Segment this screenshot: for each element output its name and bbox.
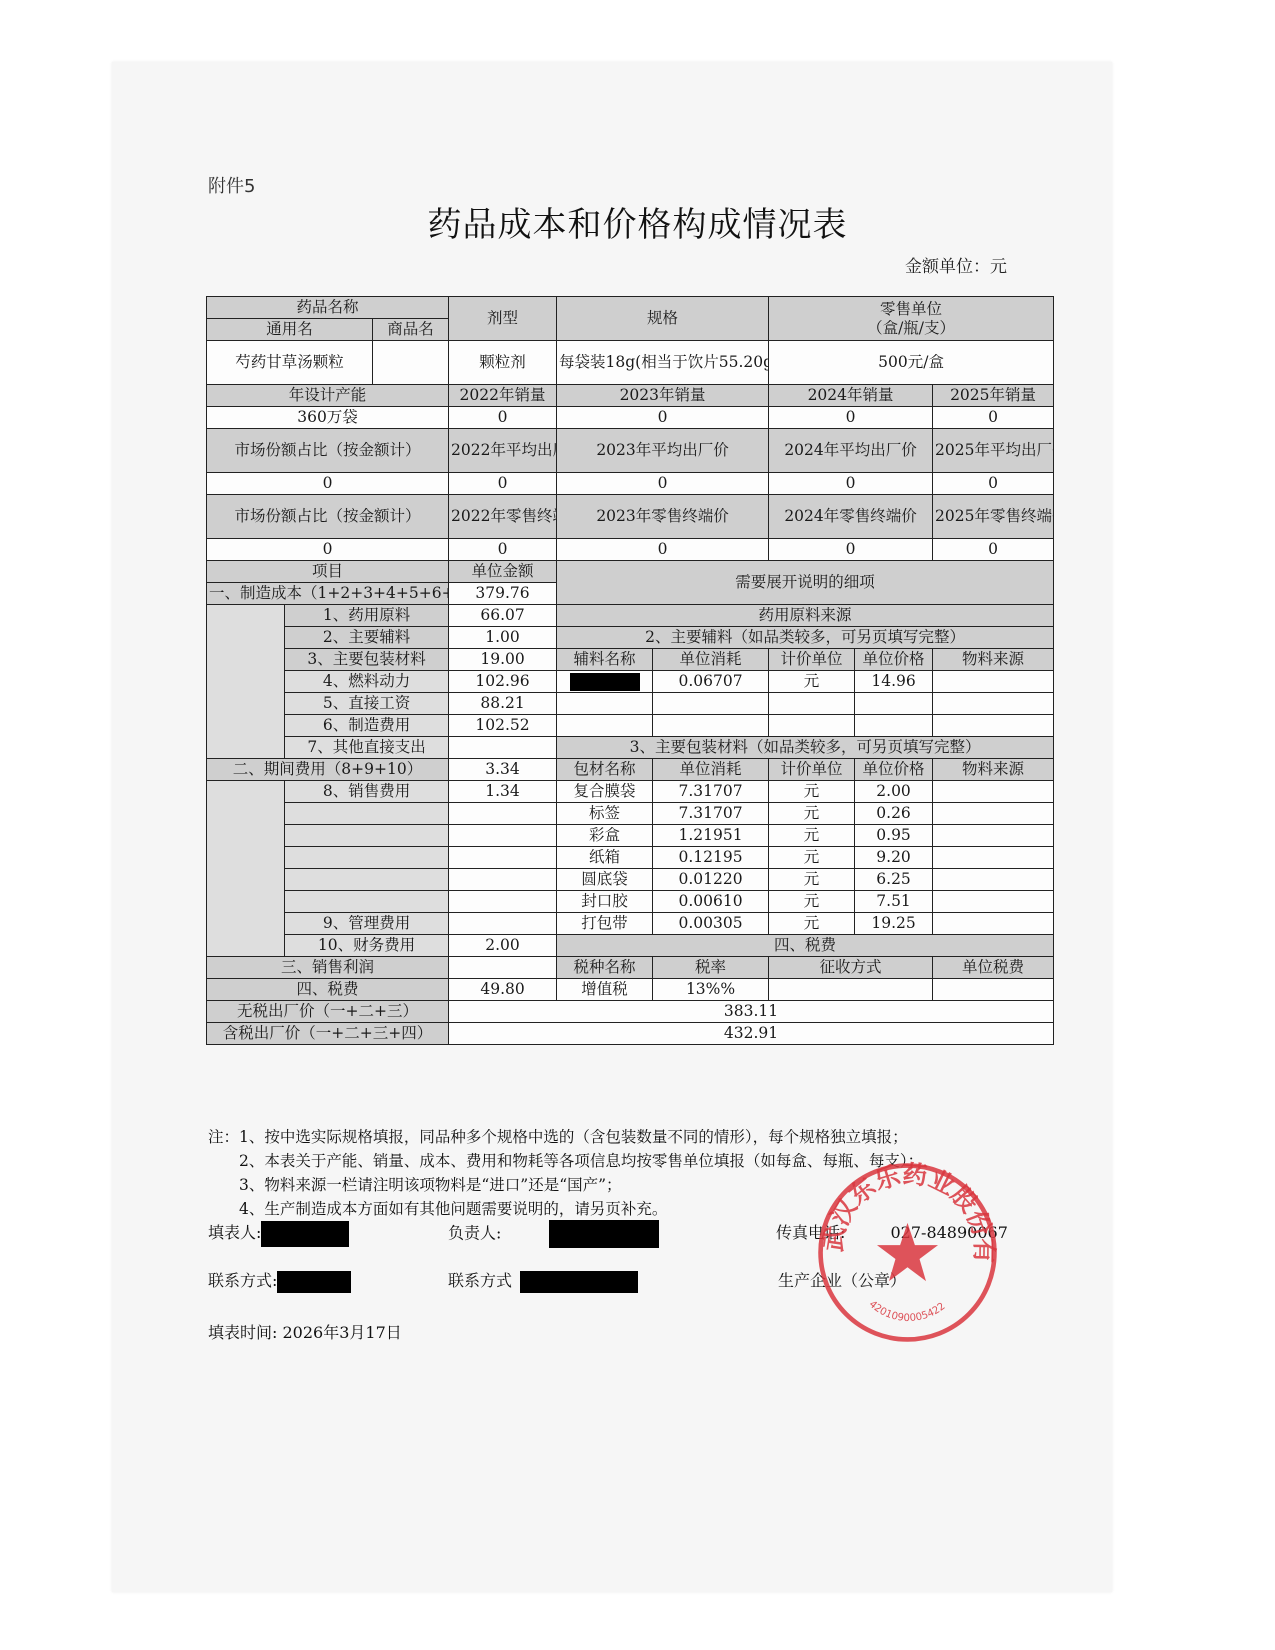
cost-item-label: 7、其他直接支出 bbox=[285, 737, 449, 759]
retail-price-2022: 0 bbox=[449, 539, 557, 561]
tax-method bbox=[769, 979, 933, 1001]
redaction-block bbox=[570, 673, 640, 691]
empty-cell bbox=[769, 715, 855, 737]
packaging-consumption: 7.31707 bbox=[653, 803, 769, 825]
generic-name: 芍药甘草汤颗粒 bbox=[207, 341, 373, 385]
cost-item-label: 3、主要包装材料 bbox=[285, 649, 449, 671]
header-factory-price-2023: 2023年平均出厂价 bbox=[557, 429, 769, 473]
packaging-consumption: 0.01220 bbox=[653, 869, 769, 891]
packaging-source bbox=[933, 847, 1054, 869]
header-item: 项目 bbox=[207, 561, 449, 583]
redaction-block bbox=[549, 1220, 659, 1248]
cost-item-value: 19.00 bbox=[449, 649, 557, 671]
sales-2024: 0 bbox=[769, 407, 933, 429]
taxes-title: 四、税费 bbox=[557, 935, 1054, 957]
excipient-name bbox=[557, 671, 653, 693]
excipient-price: 14.96 bbox=[855, 671, 933, 693]
cost-item-label: 6、制造费用 bbox=[285, 715, 449, 737]
retail-unit: 500元/盒 bbox=[769, 341, 1054, 385]
empty-cell bbox=[557, 715, 653, 737]
factory-price-2025: 0 bbox=[933, 473, 1054, 495]
packaging-consumption: 0.00610 bbox=[653, 891, 769, 913]
specification: 每袋装18g(相当于饮片55.20g)*6袋/盒 bbox=[557, 341, 769, 385]
packaging-source bbox=[933, 891, 1054, 913]
sales-2022: 0 bbox=[449, 407, 557, 429]
cost-item-value bbox=[449, 737, 557, 759]
period-cost-indent bbox=[207, 781, 285, 957]
header-details: 需要展开说明的细项 bbox=[557, 561, 1054, 605]
taxes-header: 征收方式 bbox=[769, 957, 933, 979]
header-market-share-retail: 市场份额占比（按金额计） bbox=[207, 495, 449, 539]
market-share-factory: 0 bbox=[207, 473, 449, 495]
packaging-price: 0.26 bbox=[855, 803, 933, 825]
excipients-header: 单位价格 bbox=[855, 649, 933, 671]
filler-label: 填表人: bbox=[208, 1223, 261, 1242]
redaction-block bbox=[261, 1221, 349, 1247]
empty-cell bbox=[449, 869, 557, 891]
capacity-value: 360万袋 bbox=[207, 407, 449, 429]
date-field: 填表时间: 2026年3月17日 bbox=[208, 1320, 402, 1343]
packaging-name: 标签 bbox=[557, 803, 653, 825]
redaction-block bbox=[277, 1271, 351, 1293]
header-retail-price-2024: 2024年零售终端价 bbox=[769, 495, 933, 539]
packaging-name: 封口胶 bbox=[557, 891, 653, 913]
packaging-source bbox=[933, 781, 1054, 803]
packaging-unit: 元 bbox=[769, 803, 855, 825]
packaging-source bbox=[933, 803, 1054, 825]
excipient-consumption: 0.06707 bbox=[653, 671, 769, 693]
packaging-unit: 元 bbox=[769, 913, 855, 935]
empty-cell bbox=[557, 693, 653, 715]
packaging-unit: 元 bbox=[769, 781, 855, 803]
empty-cell bbox=[769, 693, 855, 715]
excipients-header: 辅料名称 bbox=[557, 649, 653, 671]
tax-rate: 13%% bbox=[653, 979, 769, 1001]
market-share-retail: 0 bbox=[207, 539, 449, 561]
sales-2023: 0 bbox=[557, 407, 769, 429]
blank-cost-row bbox=[285, 869, 449, 891]
sales-2025: 0 bbox=[933, 407, 1054, 429]
period-cost-label: 二、期间费用（8+9+10） bbox=[207, 759, 449, 781]
packaging-unit: 元 bbox=[769, 825, 855, 847]
cost-item-label: 5、直接工资 bbox=[285, 693, 449, 715]
withtax-price-label: 含税出厂价（一+二+三+四） bbox=[207, 1023, 449, 1045]
cost-item-label: 2、主要辅料 bbox=[285, 627, 449, 649]
header-market-share-factory: 市场份额占比（按金额计） bbox=[207, 429, 449, 473]
filler-field: 填表人: bbox=[208, 1220, 349, 1247]
withtax-price-value: 432.91 bbox=[449, 1023, 1054, 1045]
responsible-field: 负责人: bbox=[448, 1220, 659, 1248]
profit-label: 三、销售利润 bbox=[207, 957, 449, 979]
date-value: 2026年3月17日 bbox=[283, 1323, 402, 1342]
packaging-header: 单位消耗 bbox=[653, 759, 769, 781]
packaging-price: 9.20 bbox=[855, 847, 933, 869]
header-generic-name: 通用名 bbox=[207, 319, 373, 341]
tax-label: 四、税费 bbox=[207, 979, 449, 1001]
packaging-name: 圆底袋 bbox=[557, 869, 653, 891]
header-factory-price-2024: 2024年平均出厂价 bbox=[769, 429, 933, 473]
header-retail-price-2022: 2022年零售终端价 bbox=[449, 495, 557, 539]
cost-item-value: 102.52 bbox=[449, 715, 557, 737]
fin-fee-value: 2.00 bbox=[449, 935, 557, 957]
packaging-title: 3、主要包装材料（如品类较多，可另页填写完整） bbox=[557, 737, 1054, 759]
currency-unit: 金额单位：元 bbox=[905, 252, 1007, 277]
contact1-label: 联系方式: bbox=[208, 1271, 277, 1290]
header-retail-unit: 零售单位 （盒/瓶/支） bbox=[769, 297, 1054, 341]
notax-price-label: 无税出厂价（一+二+三） bbox=[207, 1001, 449, 1023]
note-1: 注：1、按中选实际规格填报，同品种多个规格中选的（含包装数量不同的情形），每个规… bbox=[208, 1125, 923, 1149]
fin-fee-label: 10、财务费用 bbox=[285, 935, 449, 957]
annex-label: 附件5 bbox=[208, 172, 255, 198]
empty-cell bbox=[449, 891, 557, 913]
cost-item-label: 1、药用原料 bbox=[285, 605, 449, 627]
header-sales-2023: 2023年销量 bbox=[557, 385, 769, 407]
header-sales-2024: 2024年销量 bbox=[769, 385, 933, 407]
packaging-name: 彩盒 bbox=[557, 825, 653, 847]
excipients-title: 2、主要辅料（如品类较多，可另页填写完整） bbox=[557, 627, 1054, 649]
packaging-name: 复合膜袋 bbox=[557, 781, 653, 803]
header-drug-name: 药品名称 bbox=[207, 297, 449, 319]
excipients-header: 单位消耗 bbox=[653, 649, 769, 671]
responsible-label: 负责人: bbox=[448, 1224, 501, 1243]
cost-item-value: 1.00 bbox=[449, 627, 557, 649]
header-retail-price-2025: 2025年零售终端价 bbox=[933, 495, 1054, 539]
redaction-block bbox=[520, 1271, 638, 1293]
header-factory-price-2022: 2022年平均出厂价 bbox=[449, 429, 557, 473]
excipient-unit: 元 bbox=[769, 671, 855, 693]
header-spec: 规格 bbox=[557, 297, 769, 341]
unit-tax bbox=[933, 979, 1054, 1001]
empty-cell bbox=[449, 803, 557, 825]
packaging-price: 0.95 bbox=[855, 825, 933, 847]
header-factory-price-2025: 2025年平均出厂价 bbox=[933, 429, 1054, 473]
packaging-unit: 元 bbox=[769, 891, 855, 913]
header-sales-2022: 2022年销量 bbox=[449, 385, 557, 407]
taxes-header: 单位税费 bbox=[933, 957, 1054, 979]
cost-item-label: 4、燃料动力 bbox=[285, 671, 449, 693]
company-seal-icon: 武汉东乐药业股份有限公司 4201090005422 bbox=[815, 1160, 1000, 1345]
trade-name bbox=[373, 341, 449, 385]
notax-price-value: 383.11 bbox=[449, 1001, 1054, 1023]
mgmt-fee-value bbox=[449, 913, 557, 935]
excipients-header: 物料来源 bbox=[933, 649, 1054, 671]
cost-price-table: 药品名称 剂型 规格 零售单位 （盒/瓶/支） 通用名 商品名 芍药甘草汤颗粒 … bbox=[206, 296, 1054, 1045]
packaging-header: 物料来源 bbox=[933, 759, 1054, 781]
factory-price-2022: 0 bbox=[449, 473, 557, 495]
retail-price-2024: 0 bbox=[769, 539, 933, 561]
retail-price-2025: 0 bbox=[933, 539, 1054, 561]
header-unit-amount: 单位金额 bbox=[449, 561, 557, 583]
header-retail-price-2023: 2023年零售终端价 bbox=[557, 495, 769, 539]
packaging-price: 19.25 bbox=[855, 913, 933, 935]
packaging-price: 6.25 bbox=[855, 869, 933, 891]
dosage-form: 颗粒剂 bbox=[449, 341, 557, 385]
factory-price-2024: 0 bbox=[769, 473, 933, 495]
header-trade-name: 商品名 bbox=[373, 319, 449, 341]
cost-item-value: 102.96 bbox=[449, 671, 557, 693]
packaging-source bbox=[933, 825, 1054, 847]
empty-cell bbox=[653, 715, 769, 737]
blank-cost-row bbox=[285, 847, 449, 869]
packaging-source bbox=[933, 869, 1054, 891]
period-cost-value: 3.34 bbox=[449, 759, 557, 781]
empty-cell bbox=[855, 693, 933, 715]
svg-text:4201090005422: 4201090005422 bbox=[867, 1299, 948, 1324]
mfg-cost-indent bbox=[207, 605, 285, 759]
sales-fee-value: 1.34 bbox=[449, 781, 557, 803]
packaging-header: 计价单位 bbox=[769, 759, 855, 781]
packaging-price: 2.00 bbox=[855, 781, 933, 803]
empty-cell bbox=[449, 825, 557, 847]
packaging-consumption: 7.31707 bbox=[653, 781, 769, 803]
cost-item-value: 88.21 bbox=[449, 693, 557, 715]
packaging-header: 包材名称 bbox=[557, 759, 653, 781]
excipients-header: 计价单位 bbox=[769, 649, 855, 671]
packaging-name: 纸箱 bbox=[557, 847, 653, 869]
tax-name: 增值税 bbox=[557, 979, 653, 1001]
packaging-source bbox=[933, 913, 1054, 935]
packaging-unit: 元 bbox=[769, 847, 855, 869]
tax-value: 49.80 bbox=[449, 979, 557, 1001]
raw-material-title: 药用原料来源 bbox=[557, 605, 1054, 627]
contact2-field: 联系方式 bbox=[448, 1268, 638, 1293]
profit-value bbox=[449, 957, 557, 979]
taxes-header: 税率 bbox=[653, 957, 769, 979]
empty-cell bbox=[933, 693, 1054, 715]
blank-cost-row bbox=[285, 825, 449, 847]
header-sales-2025: 2025年销量 bbox=[933, 385, 1054, 407]
cost-item-value: 66.07 bbox=[449, 605, 557, 627]
packaging-consumption: 0.12195 bbox=[653, 847, 769, 869]
mgmt-fee-label: 9、管理费用 bbox=[285, 913, 449, 935]
packaging-consumption: 0.00305 bbox=[653, 913, 769, 935]
retail-price-2023: 0 bbox=[557, 539, 769, 561]
blank-cost-row bbox=[285, 803, 449, 825]
header-capacity: 年设计产能 bbox=[207, 385, 449, 407]
packaging-price: 7.51 bbox=[855, 891, 933, 913]
packaging-name: 打包带 bbox=[557, 913, 653, 935]
mfg-cost-value: 379.76 bbox=[449, 583, 557, 605]
contact1-field: 联系方式: bbox=[208, 1268, 351, 1293]
contact2-label: 联系方式 bbox=[448, 1271, 512, 1290]
empty-cell bbox=[449, 847, 557, 869]
header-form: 剂型 bbox=[449, 297, 557, 341]
empty-cell bbox=[855, 715, 933, 737]
empty-cell bbox=[653, 693, 769, 715]
blank-cost-row bbox=[285, 891, 449, 913]
packaging-consumption: 1.21951 bbox=[653, 825, 769, 847]
sales-fee-label: 8、销售费用 bbox=[285, 781, 449, 803]
empty-cell bbox=[933, 715, 1054, 737]
excipient-source bbox=[933, 671, 1054, 693]
mfg-cost-label: 一、制造成本（1+2+3+4+5+6+7） bbox=[207, 583, 449, 605]
factory-price-2023: 0 bbox=[557, 473, 769, 495]
packaging-header: 单位价格 bbox=[855, 759, 933, 781]
page-title: 药品成本和价格构成情况表 bbox=[0, 197, 1275, 246]
taxes-header: 税种名称 bbox=[557, 957, 653, 979]
date-label: 填表时间: bbox=[208, 1323, 277, 1342]
packaging-unit: 元 bbox=[769, 869, 855, 891]
